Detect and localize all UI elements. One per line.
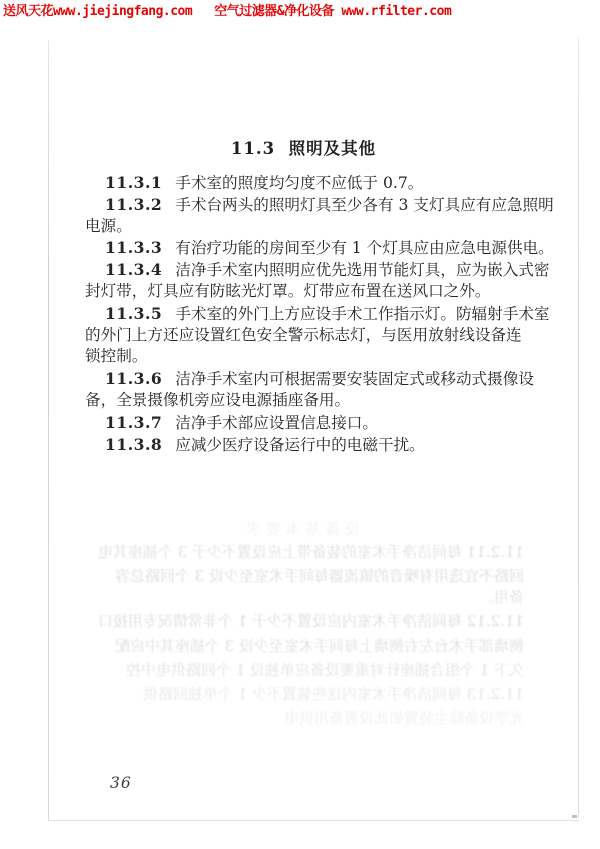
watermark-url-right: 空气过滤器&净化设备 www.rfilter.com [214,3,451,20]
clause-number: 11.3.6 [105,369,162,388]
clause-text: 手术台两头的照明灯具至少各有 3 支灯具应有应急照明 [175,196,554,214]
clause-line: 封灯带，灯具应有防眩光灯罩。灯带应布置在送风口之外。 [85,281,525,303]
clause-number: 11.3.4 [105,260,162,279]
clause-line: 的外门上方还应设置红色安全警示标志灯，与医用放射线设备连 [85,325,525,347]
clause-line: 电源。 [85,216,525,238]
clause-text: 洁净手术部应设置信息接口。 [175,414,378,432]
bleedthrough-line: 11.2.13 每间洁净手术室内这些装置不少 1 个单独回路供 [82,685,524,703]
clause-text: 应减少医疗设备运行中的电磁干扰。 [175,436,425,454]
clause-text: 锁控制。 [85,347,147,365]
scan-edge-bottom [48,820,579,821]
clause-line: 11.3.5手术室的外门上方应设手术工作指示灯。防辐射手术室 [85,303,525,325]
clause-text: 电源。 [85,217,132,235]
bleedthrough-line: 侧墙部手术台左右侧墙上每间手术室至少设 3 个插座其中应配 [82,637,524,655]
watermark-url-left: 送风天花www.jiejingfang.com [3,3,192,20]
clause-number: 11.3.1 [105,173,162,192]
clause-number: 11.3.3 [105,238,162,257]
clause-number: 11.3.7 [105,413,162,432]
scan-edge-left [48,40,49,821]
clause-text: 洁净手术室内照明应优先选用节能灯具，应为嵌入式密 [175,261,549,279]
bleedthrough-line: 回路不宜选用有噪音的镇流器每间手术室至少设 3 个回路总容 [82,567,524,585]
clause-text: 封灯带，灯具应有防眩光灯罩。灯带应布置在送风口之外。 [85,282,490,300]
clause-number: 11.3.5 [105,304,162,323]
section-heading: 11.3 照明及其他 [85,139,522,159]
clause-line: 11.3.6洁净手术室内可根据需要安装固定式或移动式摄像设 [85,368,525,390]
clause-text: 洁净手术室内可根据需要安装固定式或移动式摄像设 [175,370,534,388]
scanned-document-page: { "header": { "left_text": "送风天花www.jiej… [0,0,600,849]
clause-line: 11.3.7洁净手术部应设置信息接口。 [85,412,525,434]
bleedthrough-line: 11.2.12 每间洁净手术室内应设置不少于 1 个非常情况专用接口 [82,612,524,630]
clause-line: 11.3.1手术室的照度均匀度不应低于 0.7。 [85,172,525,194]
scan-corner-mark [572,815,577,818]
clause-line: 11.3.4洁净手术室内照明应优先选用节能灯具，应为嵌入式密 [85,259,525,281]
watermark-header: 送风天花www.jiejingfang.com 空气过滤器&净化设备 www.r… [3,3,600,20]
bleedthrough-line: 11.2.11 每间洁净手术室的装备带上应设置不少于 3 个插座其电 [82,543,524,561]
scan-edge-right [578,38,579,818]
bleedthrough-line: 久下 1 个组合插座针对重要设备应单独设 1 个回路供电中控 [82,661,524,679]
clause-text: 的外门上方还应设置红色安全警示标志灯，与医用放射线设备连 [85,326,522,344]
clause-line: 11.3.2手术台两头的照明灯具至少各有 3 支灯具应有应急照明 [85,194,525,216]
clause-text: 手术室的外门上方应设手术工作指示灯。防辐射手术室 [175,305,549,323]
page-number: 36 [110,774,132,792]
clause-text: 手术室的照度均匀度不应低于 0.7。 [175,174,423,192]
clause-line: 备，全景摄像机旁应设电源插座备用。 [85,390,525,412]
clause-list: 11.3.1手术室的照度均匀度不应低于 0.7。11.3.2手术台两头的照明灯具… [85,172,525,455]
bleedthrough-line: 备用。 [479,588,524,606]
clause-text: 有治疗功能的房间至少有 1 个灯具应由应急电源供电。 [175,239,554,257]
clause-text: 备，全景摄像机旁应设电源插座备用。 [85,391,350,409]
clause-line: 锁控制。 [85,346,525,368]
clause-number: 11.3.8 [105,435,162,454]
clause-number: 11.3.2 [105,195,162,214]
bleedthrough-line: 设 备 基 本 要 求 [246,520,360,538]
bleedthrough-line: 光学设备除尘装置如此设置备用供电 [284,709,524,727]
clause-line: 11.3.8应减少医疗设备运行中的电磁干扰。 [85,434,525,456]
clause-line: 11.3.3有治疗功能的房间至少有 1 个灯具应由应急电源供电。 [85,237,525,259]
